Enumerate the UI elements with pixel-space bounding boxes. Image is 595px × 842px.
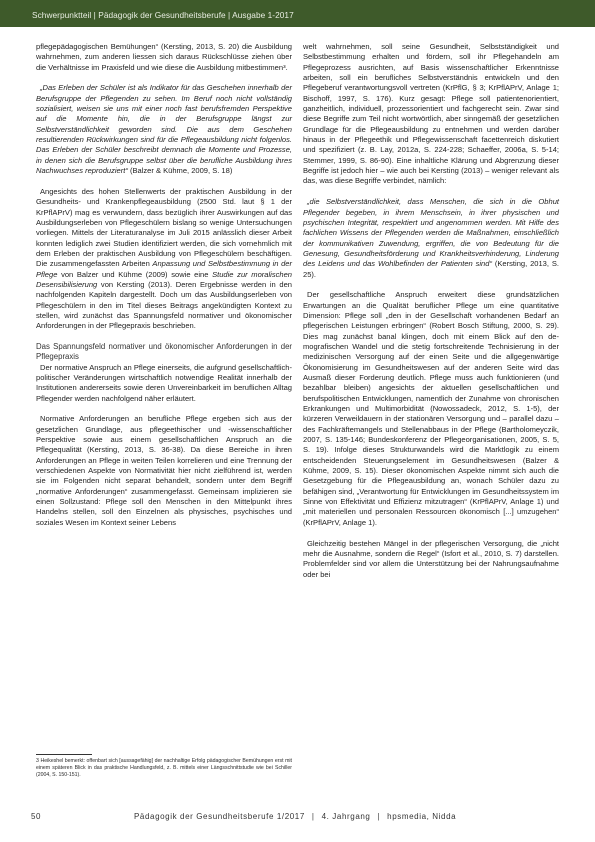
paragraph: Der normative Anspruch an Pflege einerse…: [36, 363, 292, 404]
left-column: pflegepädagogischen Bemühungen“ (Kerstin…: [36, 42, 292, 528]
footnote: 3 Heikeshel bemerkt: offenbart sich [aus…: [36, 758, 292, 779]
footer-separator: |: [377, 812, 380, 821]
footnote-divider: [36, 754, 92, 755]
block-quote: „Das Erleben der Schüler ist als Indikat…: [36, 83, 292, 176]
paragraph: welt wahrnehmen, soll seine Gesundheit, …: [303, 42, 559, 187]
journal-issue: Pädagogik der Gesundheitsberufe 1/2017: [134, 812, 305, 821]
right-column: welt wahrnehmen, soll seine Gesundheit, …: [303, 42, 559, 580]
running-header-bar: Schwerpunktteil | Pädagogik der Gesundhe…: [0, 0, 595, 27]
publisher: hpsmedia, Nidda: [387, 812, 456, 821]
paragraph: pflegepädagogischen Bemühungen“ (Kerstin…: [36, 42, 292, 73]
section-heading: Das Spannungsfeld normativer und ökonomi…: [36, 342, 292, 363]
block-quote: „die Selbstverständlichkeit, dass Mensch…: [303, 197, 559, 280]
paragraph: Gleichzeitig bestehen Mängel in der pfle…: [303, 539, 559, 580]
paragraph-text: Angesichts des hohen Stellenwerts der pr…: [36, 187, 292, 268]
footer-info: Pädagogik der Gesundheitsberufe 1/2017|4…: [134, 812, 456, 821]
paragraph: Normative Anforderungen an berufliche Pf…: [36, 414, 292, 528]
page-footer: 50 Pädagogik der Gesundheitsberufe 1/201…: [0, 812, 595, 824]
paragraph: Der gesellschaftliche Anspruch erweitert…: [303, 290, 559, 528]
quote-text: „Das Erleben der Schüler ist als Indikat…: [36, 83, 292, 175]
quote-citation: (Balzer & Kühme, 2009, S. 18): [128, 166, 232, 175]
running-title: Schwerpunktteil | Pädagogik der Gesundhe…: [32, 10, 294, 20]
paragraph: Angesichts des hohen Stellenwerts der pr…: [36, 187, 292, 332]
paragraph-text: von Balzer und Kühme (2009) sowie eine: [57, 270, 212, 279]
page-number: 50: [31, 812, 41, 821]
footer-separator: |: [312, 812, 315, 821]
journal-volume: 4. Jahrgang: [322, 812, 371, 821]
quote-text: „die Selbstverständlichkeit, dass Mensch…: [303, 197, 559, 268]
